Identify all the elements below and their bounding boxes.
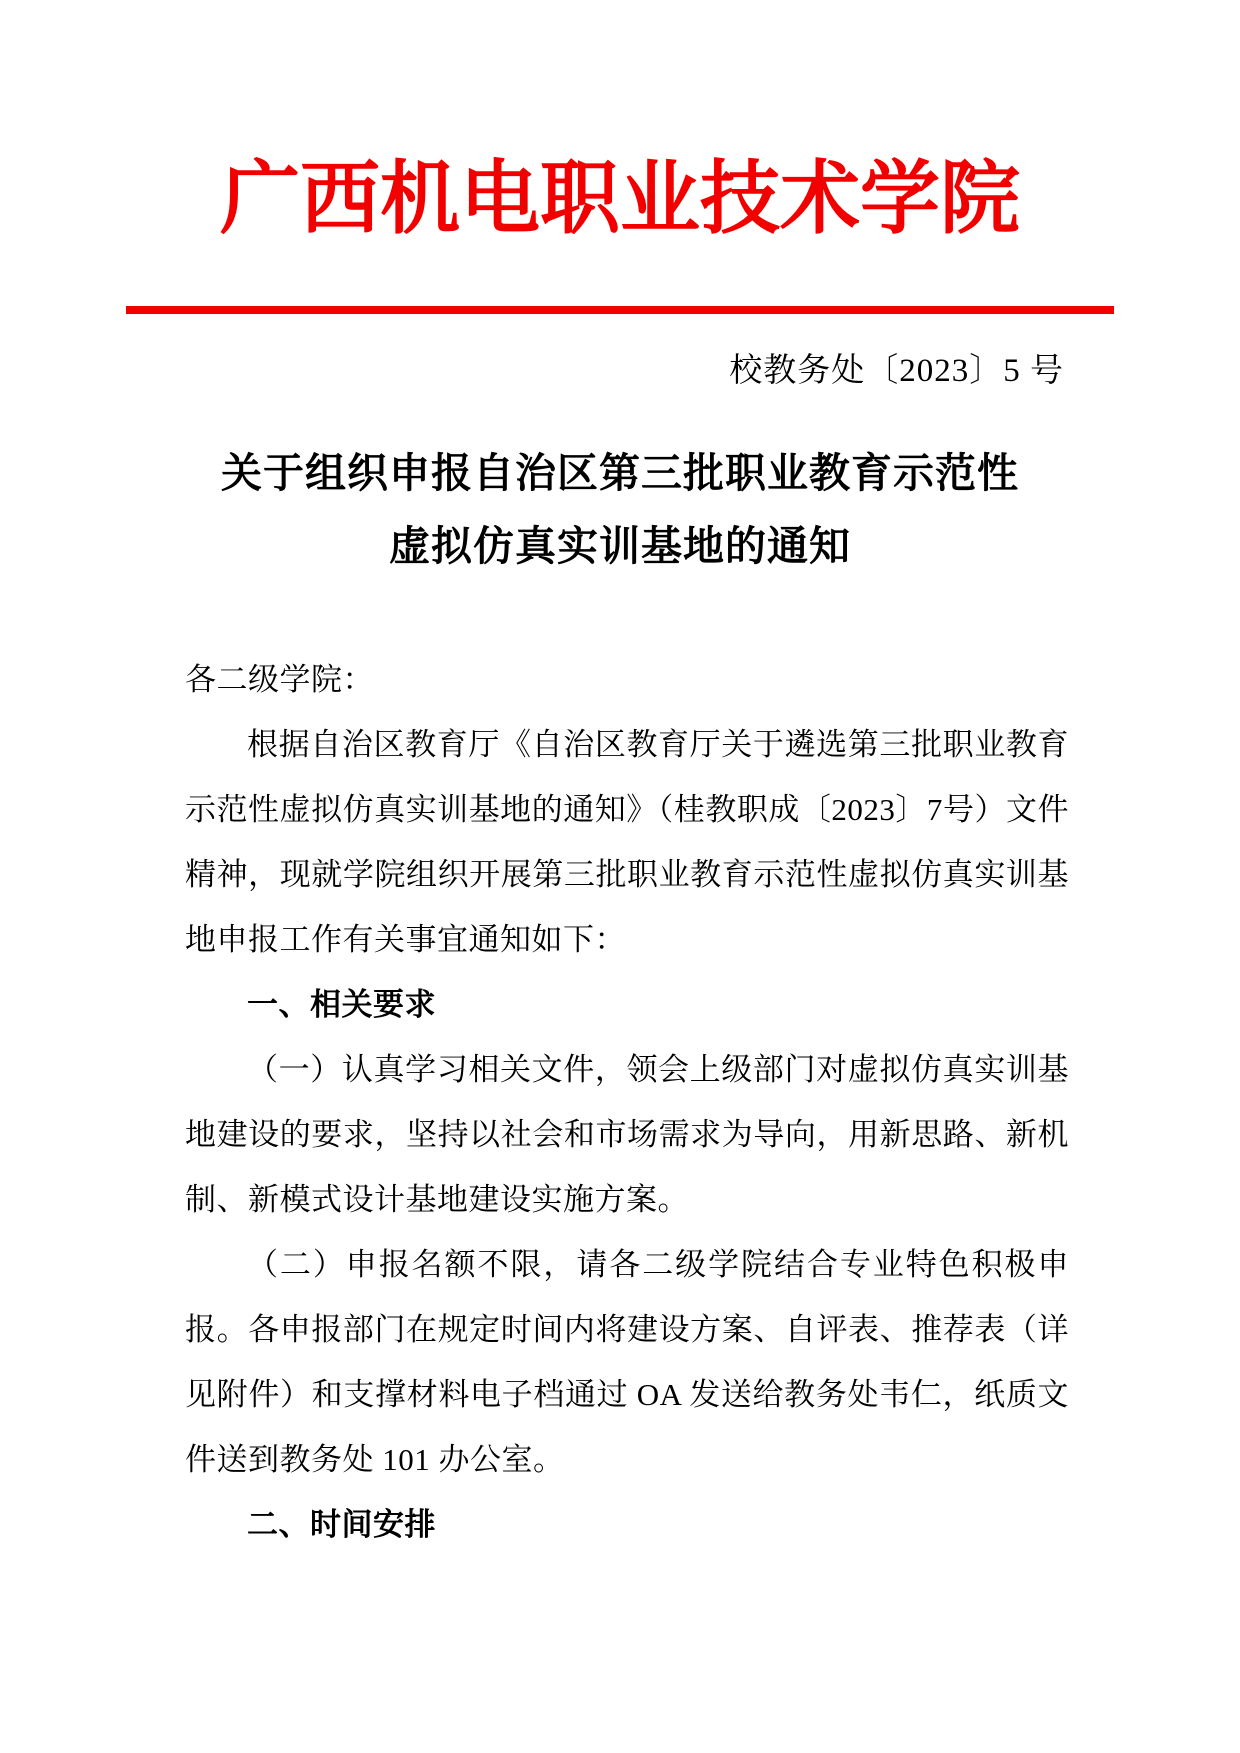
doc-reference-number: 校教务处〔2023〕5 号 (0, 352, 1240, 392)
section-heading-schedule: 二、时间安排 (185, 1492, 1069, 1557)
body-paragraph-item1: （一）认真学习相关文件，领会上级部门对虚拟仿真实训基地建设的要求，坚持以社会和市… (185, 1037, 1069, 1232)
letterhead-divider (126, 306, 1114, 314)
document-body: 各二级学院： 根据自治区教育厅《自治区教育厅关于遴选第三批职业教育示范性虚拟仿真… (185, 647, 1069, 1557)
body-paragraph-intro: 根据自治区教育厅《自治区教育厅关于遴选第三批职业教育示范性虚拟仿真实训基地的通知… (185, 712, 1069, 972)
notice-document-page: 广西机电职业技术学院 校教务处〔2023〕5 号 关于组织申报自治区第三批职业教… (0, 0, 1240, 1753)
document-title-line2: 虚拟仿真实训基地的通知 (0, 510, 1240, 583)
letterhead-org-name: 广西机电职业技术学院 (0, 0, 1240, 246)
body-paragraph-item2: （二）申报名额不限，请各二级学院结合专业特色积极申报。各申报部门在规定时间内将建… (185, 1232, 1069, 1492)
section-heading-requirements: 一、相关要求 (185, 972, 1069, 1037)
salutation: 各二级学院： (185, 647, 1069, 712)
document-title: 关于组织申报自治区第三批职业教育示范性 虚拟仿真实训基地的通知 (0, 437, 1240, 583)
document-title-line1: 关于组织申报自治区第三批职业教育示范性 (0, 437, 1240, 510)
